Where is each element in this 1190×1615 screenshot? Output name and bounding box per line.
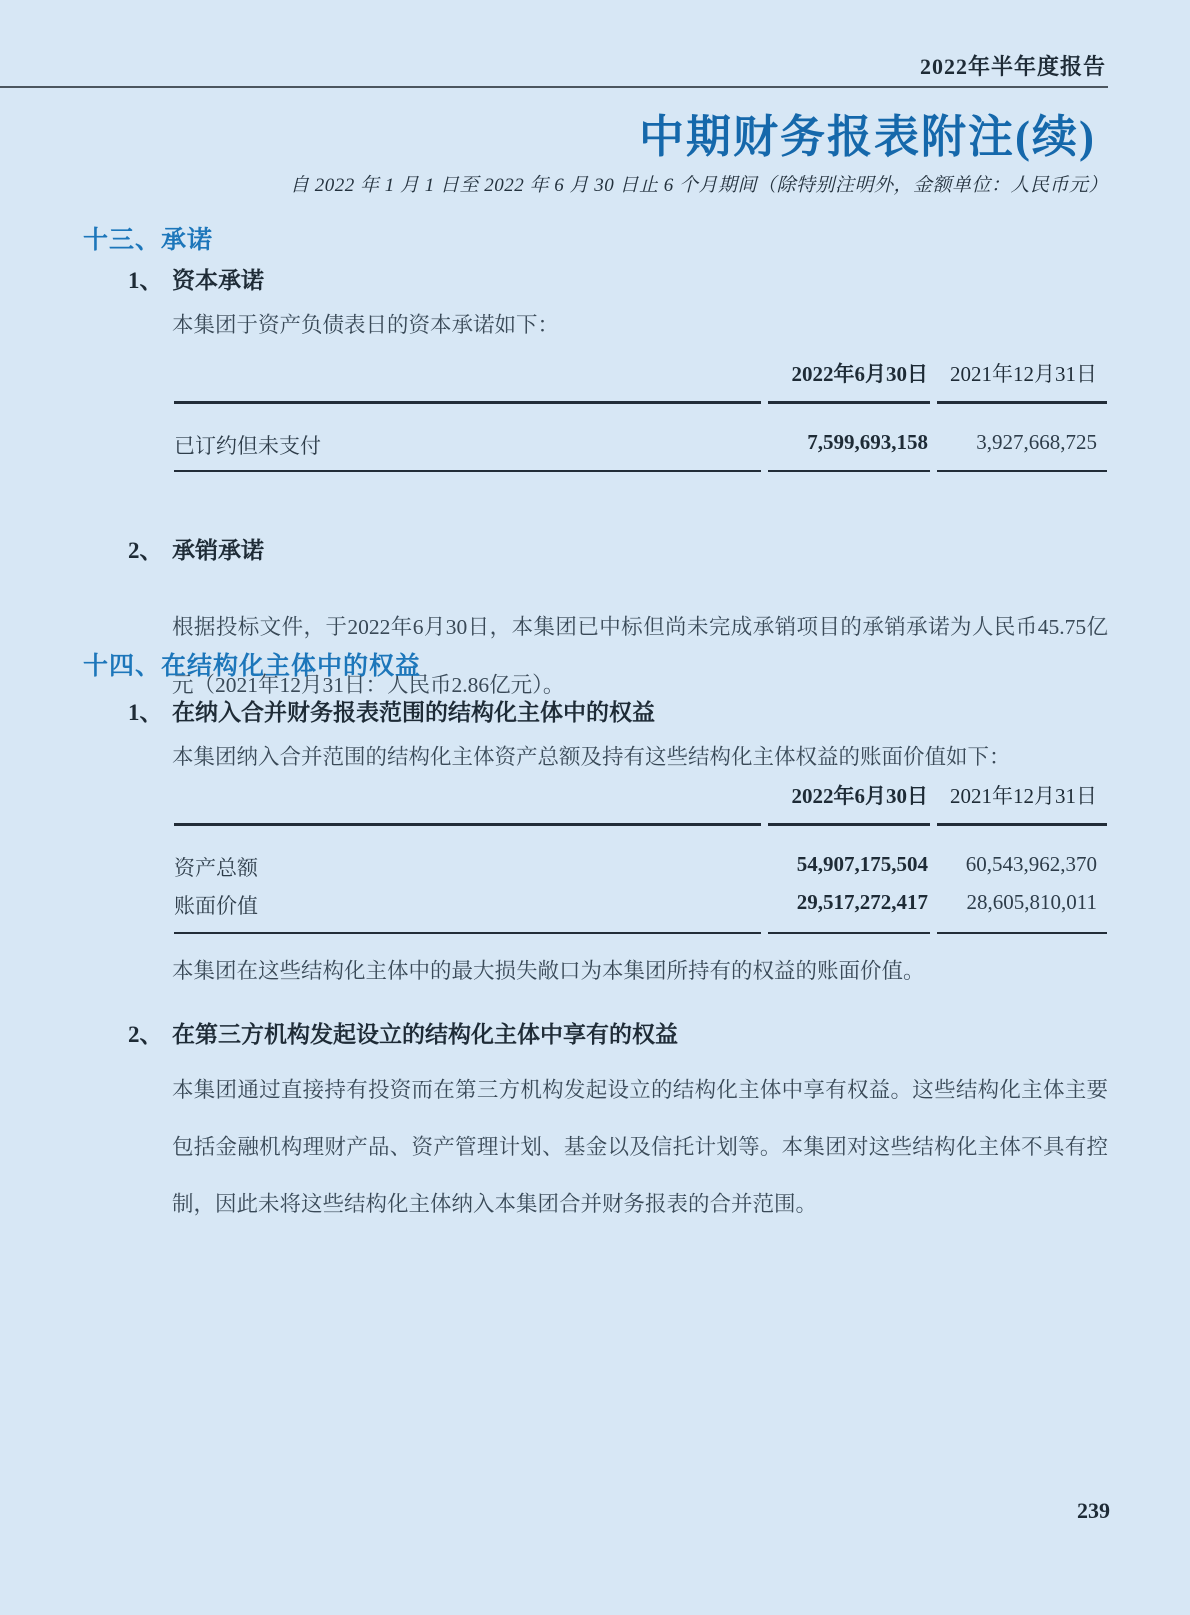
section-14-heading: 十四、在结构化主体中的权益 [83, 646, 421, 682]
header-divider [0, 86, 1108, 88]
row-value-2021: 60,543,962,370 [937, 826, 1107, 882]
row-label: 已订约但未支付 [174, 404, 761, 472]
page-title: 中期财务报表附注(续) [639, 100, 1096, 165]
item-title: 承销承诺 [172, 532, 264, 565]
column-header-2022: 2022年6月30日 [768, 358, 930, 404]
page-number: 239 [1077, 1498, 1110, 1524]
structured-entities-table: 2022年6月30日 2021年12月31日 资产总额 54,907,175,5… [174, 766, 1105, 934]
row-value-2022: 7,599,693,158 [768, 404, 930, 472]
item-number: 2、 [128, 1016, 172, 1049]
row-label: 账面价值 [174, 882, 761, 934]
table-row: 已订约但未支付 7,599,693,158 3,927,668,725 [174, 404, 1105, 472]
section-13-heading: 十三、承诺 [83, 220, 213, 256]
item-number: 2、 [128, 532, 172, 565]
item-title: 资本承诺 [172, 262, 264, 295]
header-spacer-cell [174, 358, 761, 404]
item-number: 1、 [128, 694, 172, 727]
item-number: 1、 [128, 262, 172, 295]
report-page: 2022年半年度报告 中期财务报表附注(续) 自 2022 年 1 月 1 日至… [0, 0, 1190, 1615]
row-value-2021: 3,927,668,725 [937, 404, 1107, 472]
capital-commitments-table: 2022年6月30日 2021年12月31日 已订约但未支付 7,599,693… [174, 358, 1105, 472]
table-header-row: 2022年6月30日 2021年12月31日 [174, 358, 1105, 404]
table-row: 账面价值 29,517,272,417 28,605,810,011 [174, 882, 1105, 934]
section-13-item-1-heading: 1、 资本承诺 [128, 262, 264, 295]
header-spacer-cell [174, 780, 761, 826]
item-title: 在第三方机构发起设立的结构化主体中享有的权益 [172, 1016, 678, 1049]
item-title: 在纳入合并财务报表范围的结构化主体中的权益 [172, 694, 655, 727]
column-header-2021: 2021年12月31日 [937, 780, 1107, 826]
row-value-2021: 28,605,810,011 [937, 882, 1107, 934]
capital-commitment-intro: 本集团于资产负债表日的资本承诺如下： [172, 308, 559, 339]
page-subtitle: 自 2022 年 1 月 1 日至 2022 年 6 月 30 日止 6 个月期… [290, 170, 1108, 197]
section-13-item-2-heading: 2、 承销承诺 [128, 532, 264, 565]
max-loss-exposure-note: 本集团在这些结构化主体中的最大损失敞口为本集团所持有的权益的账面价值。 [172, 954, 925, 985]
third-party-structured-entities-paragraph: 本集团通过直接持有投资而在第三方机构发起设立的结构化主体中享有权益。这些结构化主… [172, 1062, 1108, 1233]
row-value-2022: 29,517,272,417 [768, 882, 930, 934]
column-header-2021: 2021年12月31日 [937, 358, 1107, 404]
section-14-item-2-heading: 2、 在第三方机构发起设立的结构化主体中享有的权益 [128, 1016, 678, 1049]
row-value-2022: 54,907,175,504 [768, 826, 930, 882]
report-title-label: 2022年半年度报告 [920, 50, 1106, 81]
row-label: 资产总额 [174, 826, 761, 882]
column-header-2022: 2022年6月30日 [768, 780, 930, 826]
table-header-row: 2022年6月30日 2021年12月31日 [174, 766, 1105, 826]
section-14-item-1-heading: 1、 在纳入合并财务报表范围的结构化主体中的权益 [128, 694, 655, 727]
table-row: 资产总额 54,907,175,504 60,543,962,370 [174, 826, 1105, 882]
